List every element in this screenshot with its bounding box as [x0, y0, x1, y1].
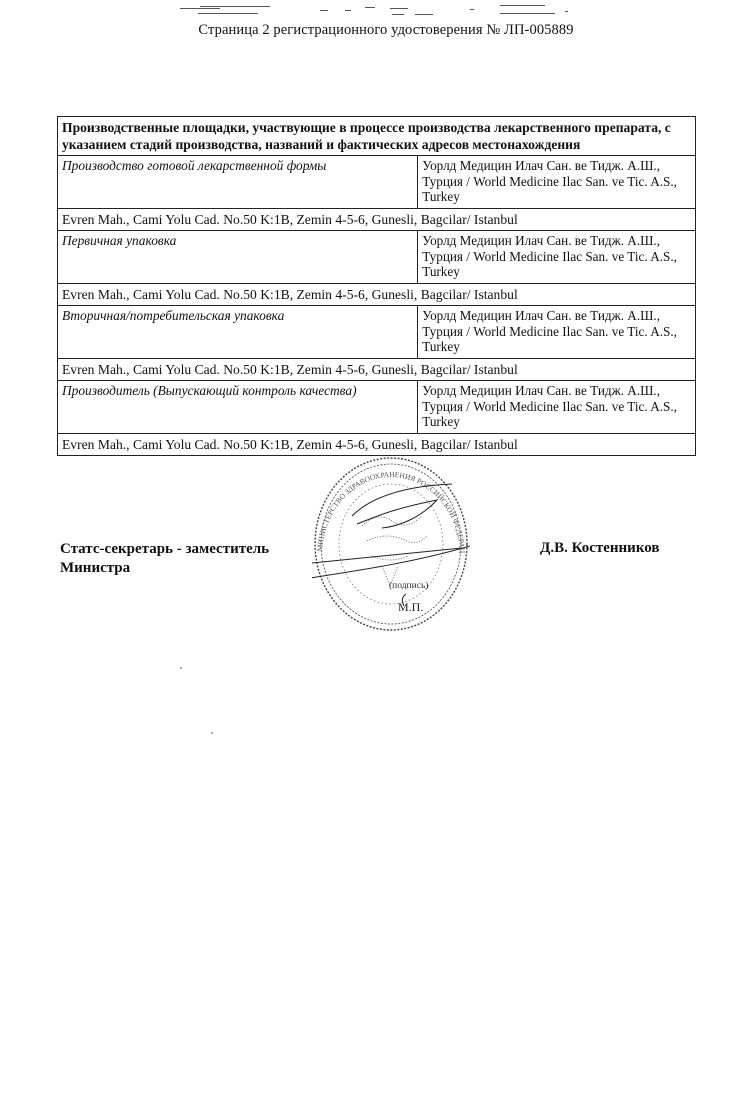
signatory-name: Д.В. Костенников: [540, 540, 660, 557]
manufacturer-name: Уорлд Медицин Илач Сан. ве Тидж. А.Ш., Т…: [418, 306, 696, 359]
seal-label: М.П.: [398, 600, 423, 615]
manufacturer-name: Уорлд Медицин Илач Сан. ве Тидж. А.Ш., Т…: [418, 156, 696, 209]
table-row-stage: Производитель (Выпускающий контроль каче…: [58, 381, 696, 434]
site-address: Evren Mah., Cami Yolu Cad. No.50 K:1B, Z…: [58, 358, 696, 381]
manufacturer-name: Уорлд Медицин Илач Сан. ве Тидж. А.Ш., Т…: [418, 381, 696, 434]
site-address: Evren Mah., Cami Yolu Cad. No.50 K:1B, Z…: [58, 433, 696, 456]
site-address: Evren Mah., Cami Yolu Cad. No.50 K:1B, Z…: [58, 283, 696, 306]
table-title: Производственные площадки, участвующие в…: [58, 117, 696, 156]
scan-artifact: [170, 4, 570, 20]
stage-label: Вторичная/потребительская упаковка: [58, 306, 418, 359]
table-row-address: Evren Mah., Cami Yolu Cad. No.50 K:1B, Z…: [58, 208, 696, 231]
manufacturer-name: Уорлд Медицин Илач Сан. ве Тидж. А.Ш., Т…: [418, 231, 696, 284]
signatory-position: Статс-секретарь - заместитель Министра: [60, 540, 269, 578]
table-row-stage: Вторичная/потребительская упаковка Уорлд…: [58, 306, 696, 359]
production-sites-table: Производственные площадки, участвующие в…: [57, 116, 696, 456]
stage-label: Производство готовой лекарственной формы: [58, 156, 418, 209]
table-row-stage: Первичная упаковка Уорлд Медицин Илач Са…: [58, 231, 696, 284]
stage-label: Первичная упаковка: [58, 231, 418, 284]
table-title-row: Производственные площадки, участвующие в…: [58, 117, 696, 156]
table-row-address: Evren Mah., Cami Yolu Cad. No.50 K:1B, Z…: [58, 283, 696, 306]
table-row-stage: Производство готовой лекарственной формы…: [58, 156, 696, 209]
table-row-address: Evren Mah., Cami Yolu Cad. No.50 K:1B, Z…: [58, 433, 696, 456]
official-seal-icon: МИНИСТЕРСТВО ЗДРАВООХРАНЕНИЯ РОССИЙСКОЙ …: [312, 456, 470, 632]
stage-label: Производитель (Выпускающий контроль каче…: [58, 381, 418, 434]
page-title: Страница 2 регистрационного удостоверени…: [0, 22, 752, 39]
svg-text:МИНИСТЕРСТВО ЗДРАВООХРАНЕНИЯ Р: МИНИСТЕРСТВО ЗДРАВООХРАНЕНИЯ РОССИЙСКОЙ …: [312, 456, 467, 554]
scan-speck: [180, 667, 182, 669]
signature-label: (подпись): [389, 581, 428, 591]
position-line-1: Статс-секретарь - заместитель: [60, 540, 269, 559]
table-row-address: Evren Mah., Cami Yolu Cad. No.50 K:1B, Z…: [58, 358, 696, 381]
scan-speck: [211, 732, 213, 734]
site-address: Evren Mah., Cami Yolu Cad. No.50 K:1B, Z…: [58, 208, 696, 231]
position-line-2: Министра: [60, 559, 269, 578]
